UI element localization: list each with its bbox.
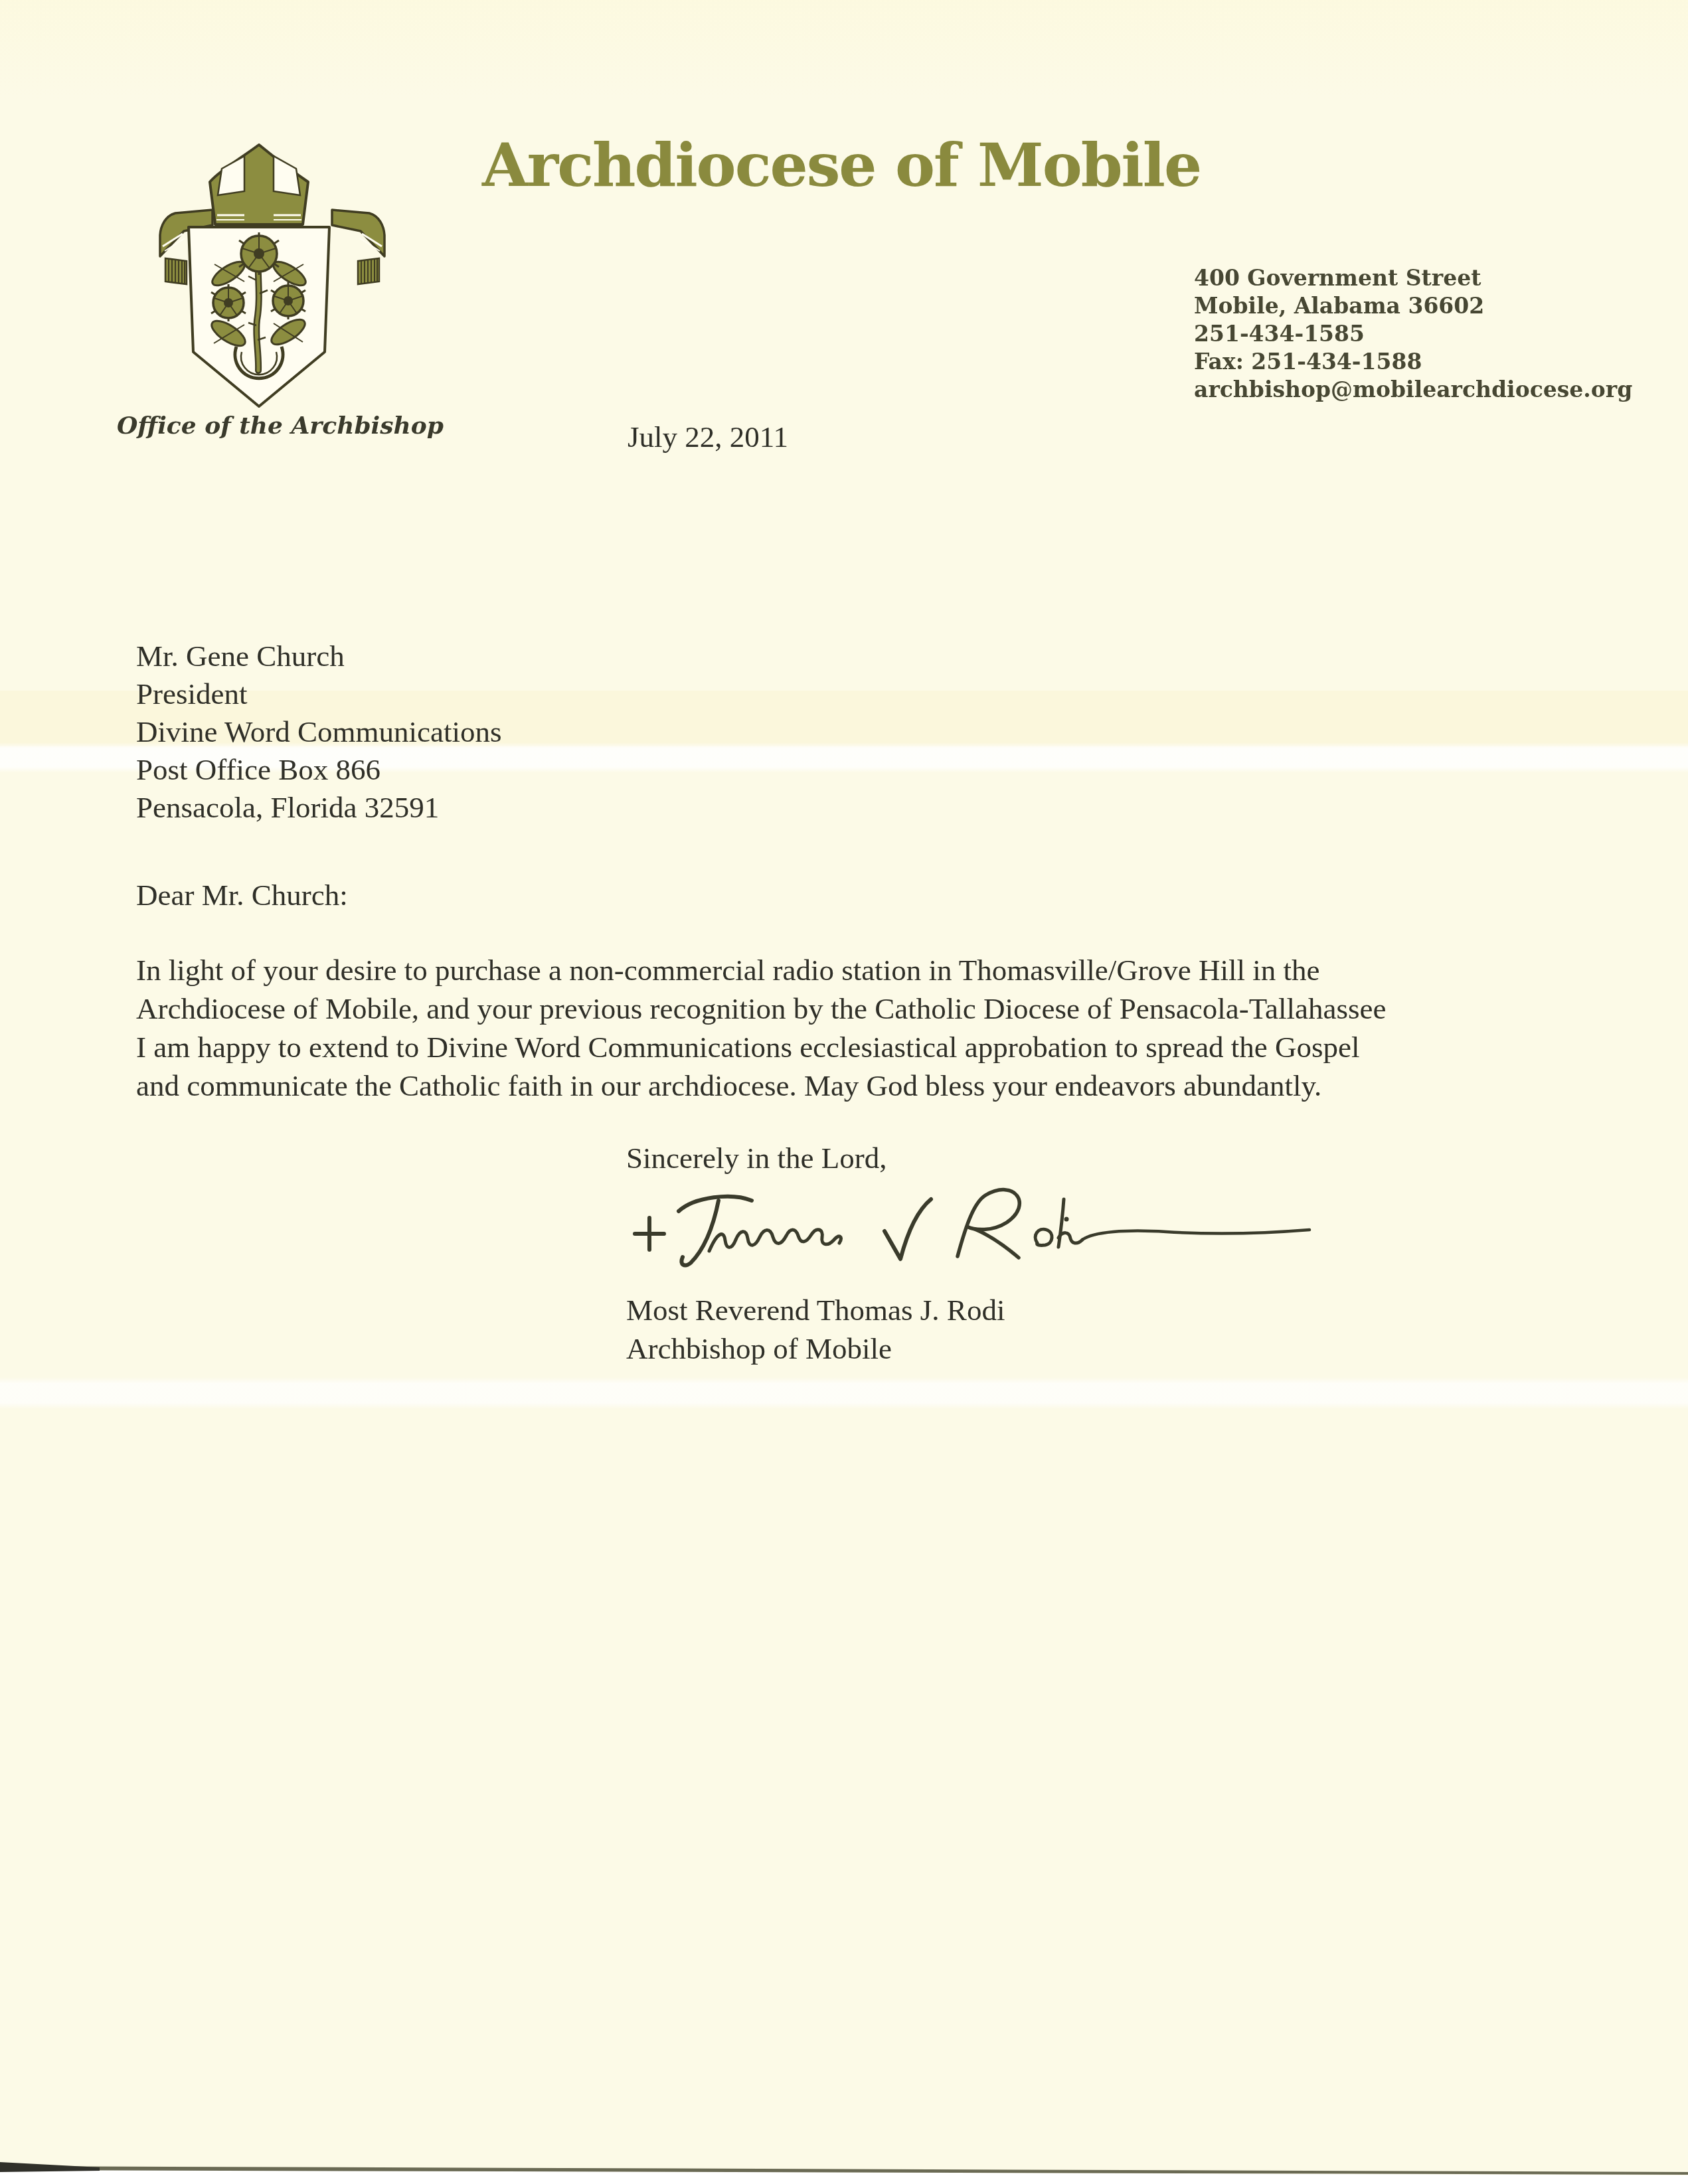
recipient-po-box: Post Office Box 866	[136, 751, 502, 789]
address-line-fax: Fax: 251-434-1588	[1194, 348, 1632, 376]
address-line: 400 Government Street	[1194, 264, 1632, 292]
signer-block: Most Reverend Thomas J. Rodi Archbishop …	[626, 1291, 1005, 1368]
recipient-organization: Divine Word Communications	[136, 713, 502, 751]
organization-title: Archdiocese of Mobile	[482, 130, 1201, 201]
signer-name: Most Reverend Thomas J. Rodi	[626, 1291, 1005, 1329]
recipient-title: President	[136, 675, 502, 713]
letterhead-address: 400 Government Street Mobile, Alabama 36…	[1194, 264, 1632, 404]
office-of-archbishop-label: Office of the Archbishop	[117, 412, 444, 440]
address-line: Mobile, Alabama 36602	[1194, 292, 1632, 320]
right-lappet	[332, 210, 384, 284]
recipient-name: Mr. Gene Church	[136, 637, 502, 675]
letter-page: Archdiocese of Mobile 400 Government Str…	[0, 0, 1688, 2184]
signer-title: Archbishop of Mobile	[626, 1329, 1005, 1368]
body-paragraph: In light of your desire to purchase a no…	[136, 951, 1387, 1105]
recipient-block: Mr. Gene Church President Divine Word Co…	[136, 637, 502, 827]
mitre	[210, 145, 308, 224]
body-line: In light of your desire to purchase a no…	[136, 951, 1387, 989]
recipient-city-state: Pensacola, Florida 32591	[136, 789, 502, 827]
letter-date: July 22, 2011	[628, 420, 788, 454]
scan-white-band	[0, 1377, 1688, 1409]
scan-tone-band	[0, 0, 1688, 100]
bishop-mitre-crest-icon	[151, 126, 393, 414]
salutation: Dear Mr. Church:	[136, 878, 348, 912]
address-line-email: archbishop@mobilearchdiocese.org	[1194, 376, 1632, 404]
paper-bottom-edge	[0, 2155, 1688, 2184]
body-line: Archdiocese of Mobile, and your previous…	[136, 989, 1387, 1028]
body-line: and communicate the Catholic faith in ou…	[136, 1066, 1387, 1105]
signature-script	[618, 1170, 1341, 1284]
address-line: 251-434-1585	[1194, 320, 1632, 348]
body-line: I am happy to extend to Divine Word Comm…	[136, 1028, 1387, 1066]
